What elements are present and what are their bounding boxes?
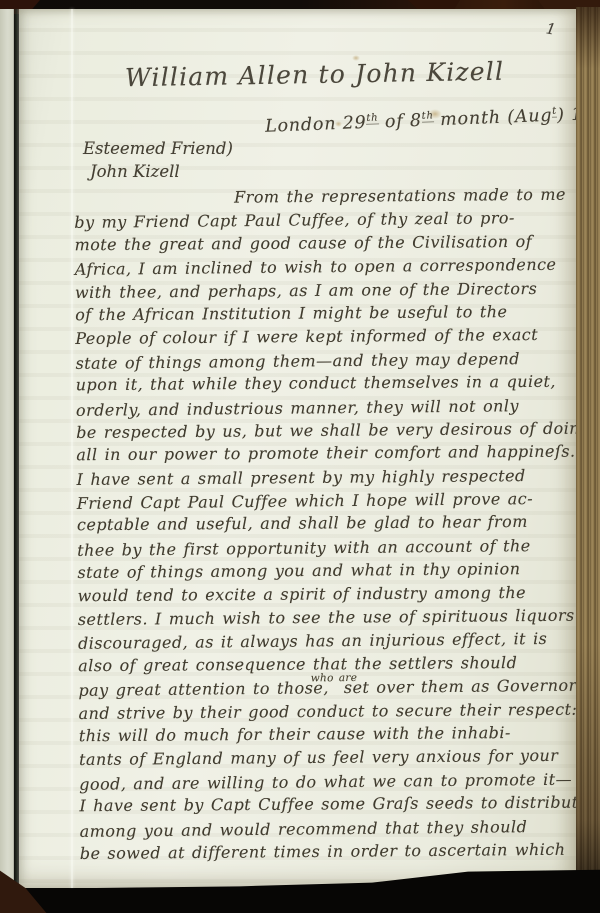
letter-line: would tend to excite a spirit of industr… <box>78 580 590 607</box>
margin-crease <box>71 9 73 888</box>
letter-line: this will do much for their cause with t… <box>79 720 591 747</box>
left-page-edge <box>0 9 14 889</box>
dateline-superscript: th <box>366 113 379 125</box>
letter-line: orderly, and industrious manner, they wi… <box>76 393 588 422</box>
letter-heading: William Allen to John Kizell <box>125 57 505 93</box>
letter-line: ceptable and useful, and shall be glad t… <box>77 510 589 537</box>
letter-page: 1 William Allen to John Kizell London 29… <box>19 9 576 888</box>
manuscript-scan: 1 William Allen to John Kizell London 29… <box>0 0 600 913</box>
dateline-superscript: th <box>421 110 434 122</box>
letter-body: From the representations made to meby my… <box>74 183 592 866</box>
letter-line: among you and would recommend that they … <box>80 814 592 843</box>
letter-line: all in our power to promote their comfor… <box>76 440 588 467</box>
page-fore-edge <box>576 7 600 891</box>
letter-line: I have sent by Capt Cuffee some Graſs se… <box>79 791 591 818</box>
dateline-text: month (Aug <box>433 106 552 131</box>
salutation: Esteemed Friend) <box>83 139 233 158</box>
dateline-text: of 8 <box>378 111 422 133</box>
insertion-text: who are <box>311 673 358 684</box>
page-number: 1 <box>545 19 558 38</box>
letter-line: upon it, that while they conduct themsel… <box>76 370 588 397</box>
letter-line: of the African Institution I might be us… <box>75 299 587 326</box>
dateline-text: London 29 <box>265 113 367 137</box>
addressee-name: John Kizell <box>90 162 180 181</box>
